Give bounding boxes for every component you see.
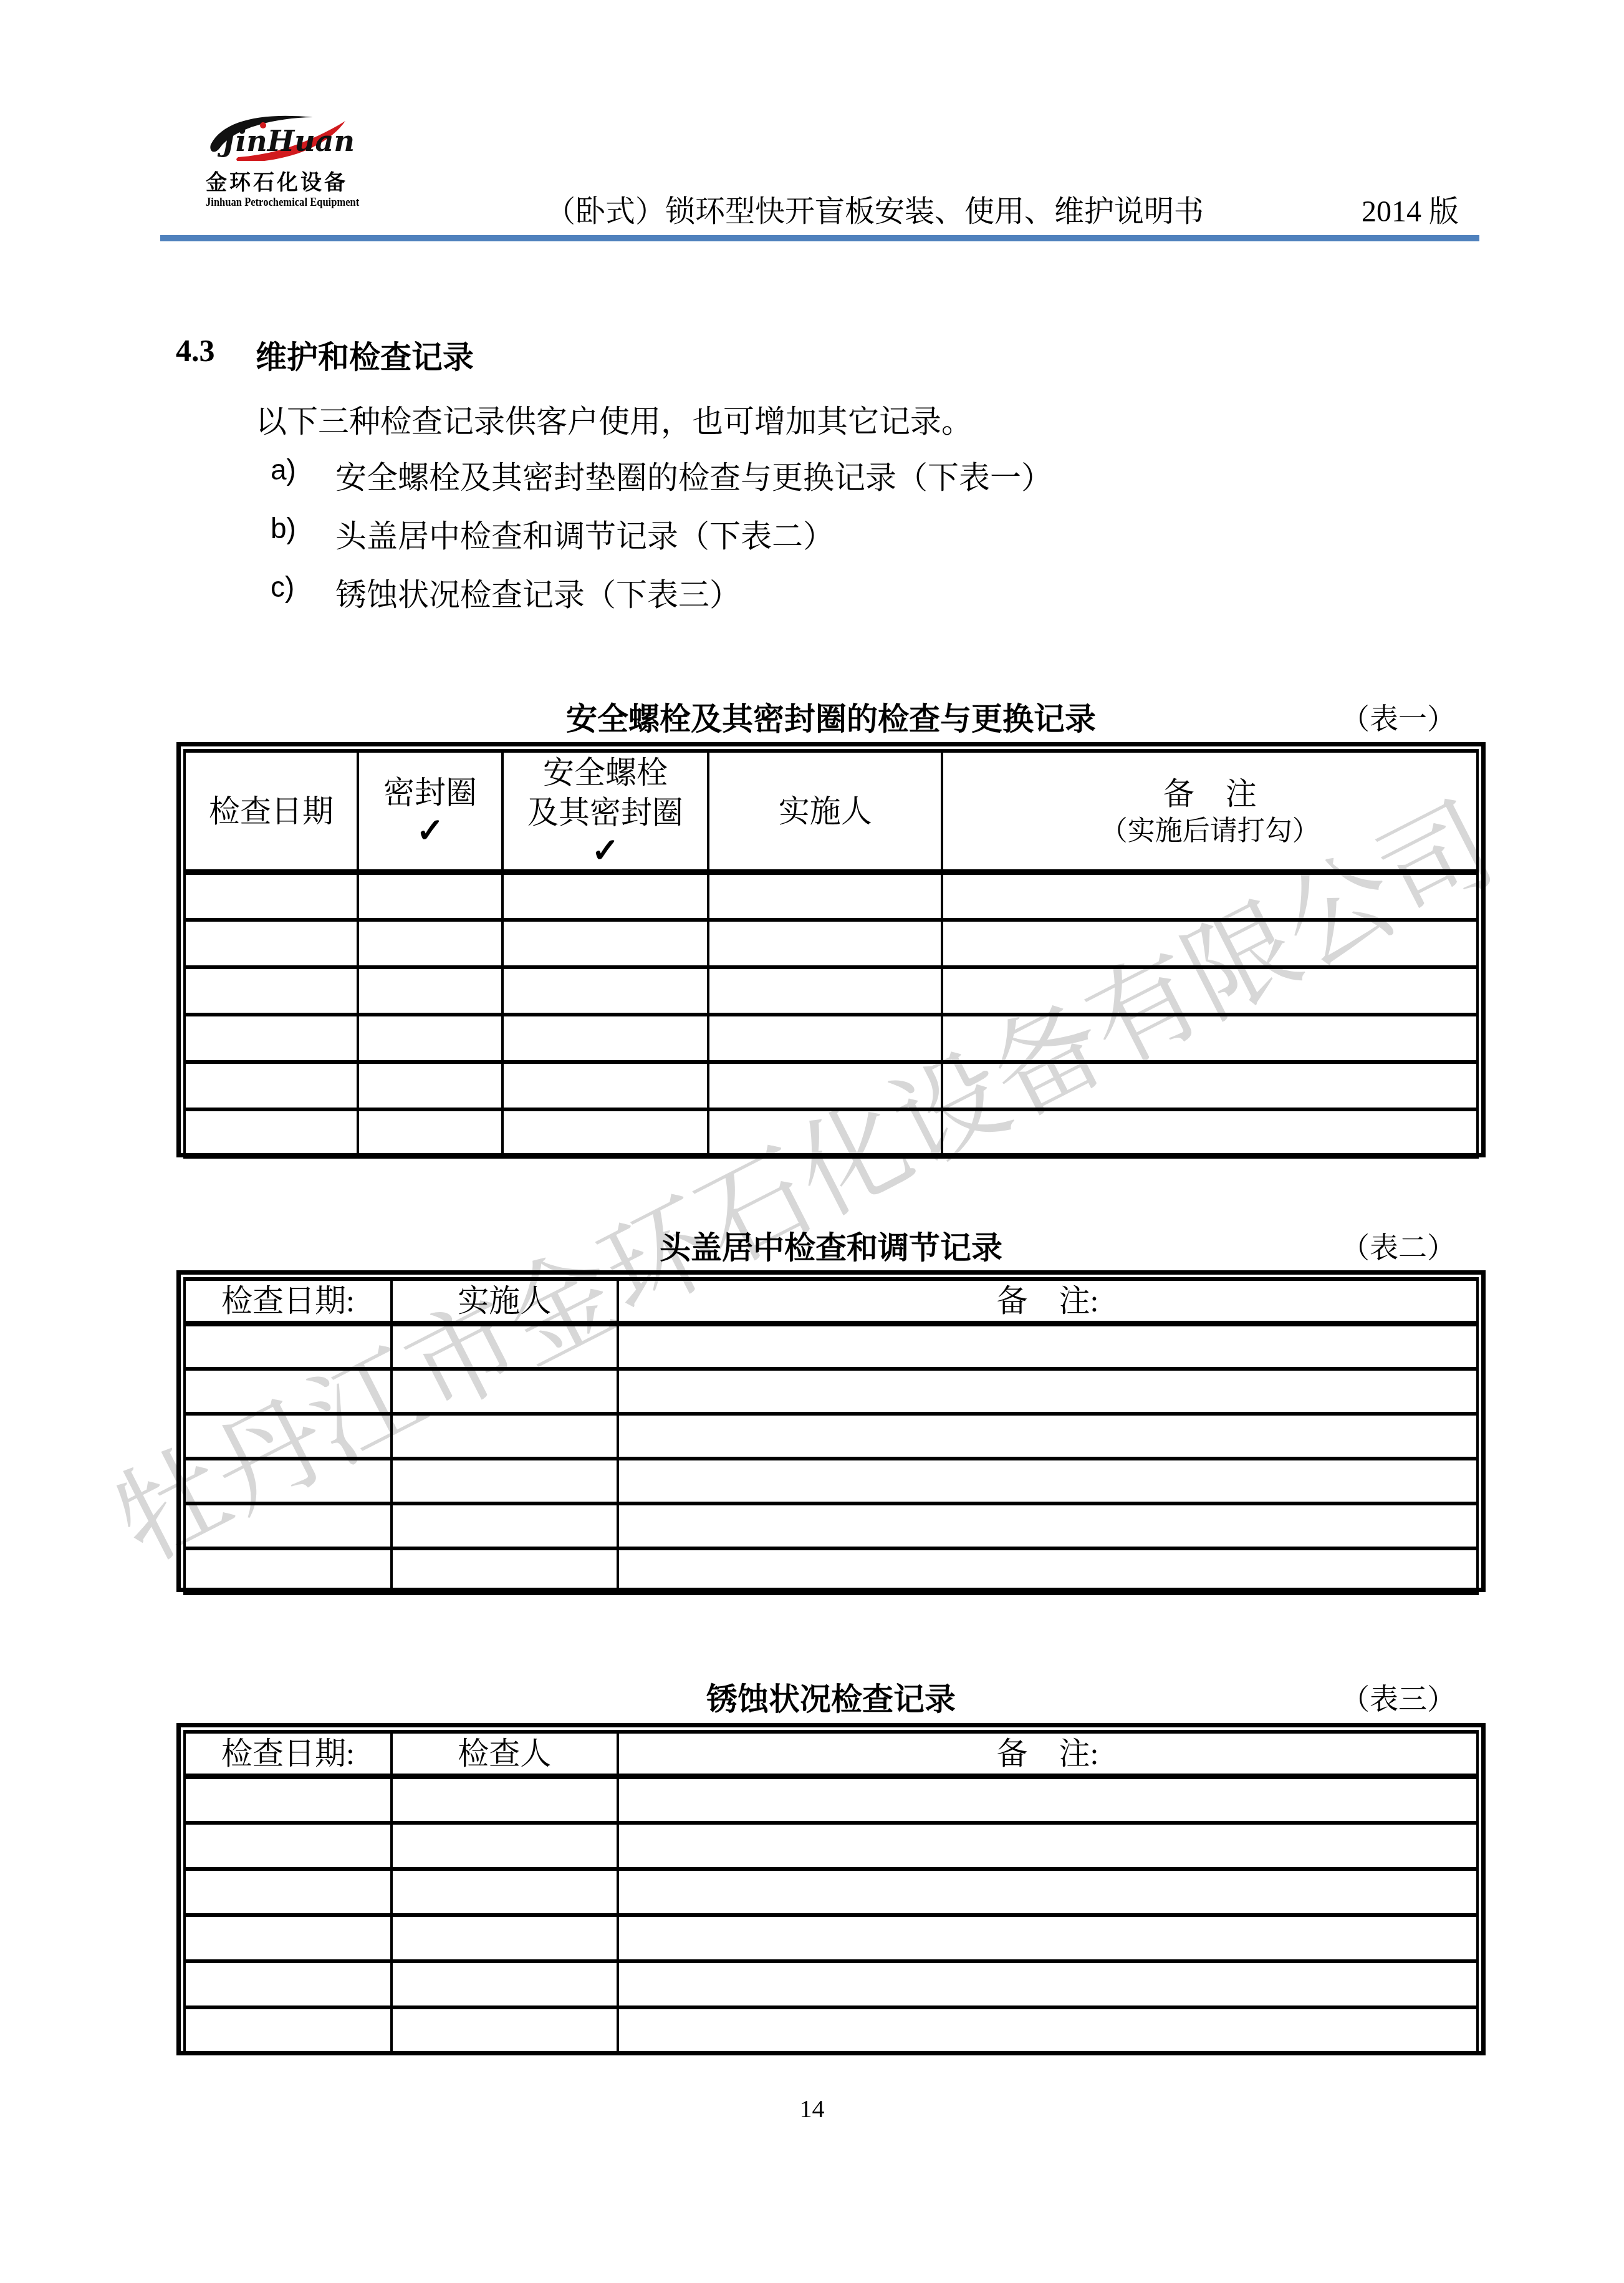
table-cell-empty xyxy=(618,1414,1477,1459)
table3-label: （表三） xyxy=(1341,1681,1456,1717)
table-cell-empty xyxy=(392,2007,618,2054)
table-cell-empty xyxy=(392,1869,618,1915)
section-heading: 4.3 维护和检查记录 xyxy=(176,332,474,377)
table-cell-empty xyxy=(392,1777,618,1823)
company-logo: JinHuan 金环石化设备 Jinhuan Petrochemical Equ… xyxy=(206,112,358,196)
table-cell-empty xyxy=(618,1961,1477,2007)
table-cell-empty xyxy=(392,1459,618,1503)
table-cell-empty xyxy=(358,872,502,920)
table-row xyxy=(185,1459,1477,1503)
table-cell-empty xyxy=(942,967,1477,1015)
table-cell-empty xyxy=(185,1869,392,1915)
list-text: 头盖居中检查和调节记录（下表二） xyxy=(335,511,834,556)
document-edition: 2014 版 xyxy=(1362,187,1459,230)
table-cell-empty xyxy=(185,872,358,920)
table-row xyxy=(185,1414,1477,1459)
table-cell-empty xyxy=(708,1015,942,1062)
table-cell-empty xyxy=(502,920,708,967)
list-text: 安全螺栓及其密封垫圈的检查与更换记录（下表一） xyxy=(335,453,1052,498)
table3-title: 锈蚀状况检查记录 xyxy=(706,1682,956,1717)
table-cell-empty xyxy=(185,1459,392,1503)
table-row xyxy=(185,1109,1477,1157)
table-cell-empty xyxy=(185,1369,392,1414)
column-header-line: 检查日期: xyxy=(186,1281,390,1321)
list-item-b: b) 头盖居中检查和调节记录（下表二） xyxy=(271,511,834,556)
column-header: 检查日期: xyxy=(185,1279,392,1324)
table2-caption: 头盖居中检查和调节记录 （表二） xyxy=(176,1230,1486,1266)
table1-title: 安全螺栓及其密封圈的检查与更换记录 xyxy=(566,702,1096,736)
table-cell-empty xyxy=(358,1109,502,1157)
column-header-line: 实施人 xyxy=(393,1281,617,1321)
list-item-a: a) 安全螺栓及其密封垫圈的检查与更换记录（下表一） xyxy=(271,453,1052,498)
column-header: 检查人 xyxy=(392,1732,618,1777)
table-row xyxy=(185,1823,1477,1869)
column-header: 实施人 xyxy=(708,751,942,872)
page-number: 14 xyxy=(0,2094,1624,2123)
document-title: （卧式）锁环型快开盲板安装、使用、维护说明书 xyxy=(545,187,1204,230)
document-header: （卧式）锁环型快开盲板安装、使用、维护说明书 2014 版 xyxy=(545,187,1459,230)
table2-label: （表二） xyxy=(1341,1230,1456,1266)
intro-paragraph: 以下三种检查记录供客户使用，也可增加其它记录。 xyxy=(256,397,973,442)
table-cell-empty xyxy=(502,967,708,1015)
list-item-c: c) 锈蚀状况检查记录（下表三） xyxy=(271,570,741,615)
table-cell-empty xyxy=(358,1015,502,1062)
column-header: 密封圈✓ xyxy=(358,751,502,872)
table-cell-empty xyxy=(708,920,942,967)
table-cell-empty xyxy=(502,872,708,920)
table-cell-empty xyxy=(618,1503,1477,1548)
table-cell-empty xyxy=(618,1915,1477,1961)
table-cell-empty xyxy=(358,967,502,1015)
column-header-line: ✓ xyxy=(504,833,707,869)
table-row xyxy=(185,1915,1477,1961)
table-cell-empty xyxy=(185,1777,392,1823)
table-cell-empty xyxy=(392,1548,618,1593)
table-row xyxy=(185,1961,1477,2007)
column-header-line: 密封圈 xyxy=(359,773,501,813)
column-header-line: （实施后请打勾） xyxy=(943,814,1476,849)
table-cell-empty xyxy=(185,1324,392,1369)
column-header-line: 及其密封圈 xyxy=(504,793,707,833)
table-cell-empty xyxy=(618,1823,1477,1869)
table3-caption: 锈蚀状况检查记录 （表三） xyxy=(176,1681,1486,1717)
table1-caption: 安全螺栓及其密封圈的检查与更换记录 （表一） xyxy=(176,701,1486,737)
table-cell-empty xyxy=(185,920,358,967)
column-header-line: 备 注: xyxy=(619,1734,1476,1774)
column-header: 实施人 xyxy=(392,1279,618,1324)
table1: 检查日期密封圈✓安全螺栓及其密封圈✓实施人备 注（实施后请打勾） xyxy=(183,749,1479,1159)
table-cell-empty xyxy=(502,1062,708,1109)
table2-title: 头盖居中检查和调节记录 xyxy=(660,1230,1002,1265)
table-cell-empty xyxy=(942,1109,1477,1157)
table-row xyxy=(185,1503,1477,1548)
table2: 检查日期:实施人备 注: xyxy=(183,1277,1479,1595)
column-header-line: 备 注 xyxy=(943,774,1476,814)
table-cell-empty xyxy=(392,1324,618,1369)
table-cell-empty xyxy=(502,1015,708,1062)
logo-english-text: Jinhuan Petrochemical Equipment xyxy=(206,196,346,209)
table-cell-empty xyxy=(392,1503,618,1548)
table-cell-empty xyxy=(618,1777,1477,1823)
table-cell-empty xyxy=(392,1915,618,1961)
list-marker: a) xyxy=(271,453,335,498)
table-cell-empty xyxy=(392,1823,618,1869)
column-header: 备 注（实施后请打勾） xyxy=(942,751,1477,872)
head-cover-centering-record-table: 检查日期:实施人备 注: xyxy=(176,1270,1486,1592)
table-cell-empty xyxy=(942,1015,1477,1062)
column-header-line: 实施人 xyxy=(709,791,941,831)
table1-label: （表一） xyxy=(1341,701,1456,737)
column-header-line: ✓ xyxy=(359,813,501,849)
table-row xyxy=(185,920,1477,967)
section-number: 4.3 xyxy=(176,332,256,377)
column-header: 备 注: xyxy=(618,1279,1477,1324)
table-cell-empty xyxy=(185,2007,392,2054)
bolt-gasket-record-table: 检查日期密封圈✓安全螺栓及其密封圈✓实施人备 注（实施后请打勾） xyxy=(176,742,1486,1157)
table-cell-empty xyxy=(708,967,942,1015)
logo-script-text: JinHuan xyxy=(217,124,355,158)
corrosion-record-table: 检查日期:检查人备 注: xyxy=(176,1723,1486,2055)
table-row xyxy=(185,1869,1477,1915)
list-marker: c) xyxy=(271,570,335,615)
column-header-line: 检查日期 xyxy=(186,791,357,831)
column-header-line: 安全螺栓 xyxy=(504,753,707,793)
column-header: 备 注: xyxy=(618,1732,1477,1777)
table-row xyxy=(185,1548,1477,1593)
table-cell-empty xyxy=(185,1503,392,1548)
table-cell-empty xyxy=(392,1961,618,2007)
table-cell-empty xyxy=(942,872,1477,920)
table-cell-empty xyxy=(185,1548,392,1593)
table-row xyxy=(185,1062,1477,1109)
table-cell-empty xyxy=(502,1109,708,1157)
list-text: 锈蚀状况检查记录（下表三） xyxy=(335,570,741,615)
column-header: 检查日期: xyxy=(185,1732,392,1777)
page-content: JinHuan 金环石化设备 Jinhuan Petrochemical Equ… xyxy=(0,0,1624,2283)
table-cell-empty xyxy=(618,2007,1477,2054)
table-cell-empty xyxy=(392,1414,618,1459)
table-row xyxy=(185,1369,1477,1414)
table-cell-empty xyxy=(185,1062,358,1109)
table-cell-empty xyxy=(618,1369,1477,1414)
header-divider xyxy=(160,235,1479,241)
column-header-line: 检查人 xyxy=(393,1734,617,1774)
table-cell-empty xyxy=(358,920,502,967)
table-cell-empty xyxy=(185,1915,392,1961)
logo-cjk-text: 金环石化设备 xyxy=(206,165,358,196)
section-title: 维护和检查记录 xyxy=(256,332,474,377)
column-header-line: 备 注: xyxy=(619,1281,1476,1321)
table-row xyxy=(185,1777,1477,1823)
table-cell-empty xyxy=(185,1823,392,1869)
table3: 检查日期:检查人备 注: xyxy=(183,1730,1479,2055)
table-cell-empty xyxy=(185,1961,392,2007)
table-cell-empty xyxy=(942,920,1477,967)
table-cell-empty xyxy=(618,1548,1477,1593)
table-cell-empty xyxy=(185,1109,358,1157)
logo-swoosh-icon: JinHuan xyxy=(206,112,355,161)
table-cell-empty xyxy=(185,1414,392,1459)
table-cell-empty xyxy=(708,1109,942,1157)
table-cell-empty xyxy=(392,1369,618,1414)
table-row xyxy=(185,872,1477,920)
column-header: 检查日期 xyxy=(185,751,358,872)
column-header: 安全螺栓及其密封圈✓ xyxy=(502,751,708,872)
table-cell-empty xyxy=(358,1062,502,1109)
document-page: 牡丹江市金环石化设备有限公司 JinHuan 金环石化设备 Jinhuan Pe… xyxy=(0,0,1624,2283)
table-row xyxy=(185,1015,1477,1062)
table-row xyxy=(185,2007,1477,2054)
table-cell-empty xyxy=(185,967,358,1015)
column-header-line: 检查日期: xyxy=(186,1734,390,1774)
table-row xyxy=(185,967,1477,1015)
table-cell-empty xyxy=(942,1062,1477,1109)
table-cell-empty xyxy=(618,1324,1477,1369)
table-cell-empty xyxy=(618,1869,1477,1915)
table-cell-empty xyxy=(185,1015,358,1062)
table-cell-empty xyxy=(708,872,942,920)
list-marker: b) xyxy=(271,511,335,556)
table-cell-empty xyxy=(618,1459,1477,1503)
table-cell-empty xyxy=(708,1062,942,1109)
table-row xyxy=(185,1324,1477,1369)
